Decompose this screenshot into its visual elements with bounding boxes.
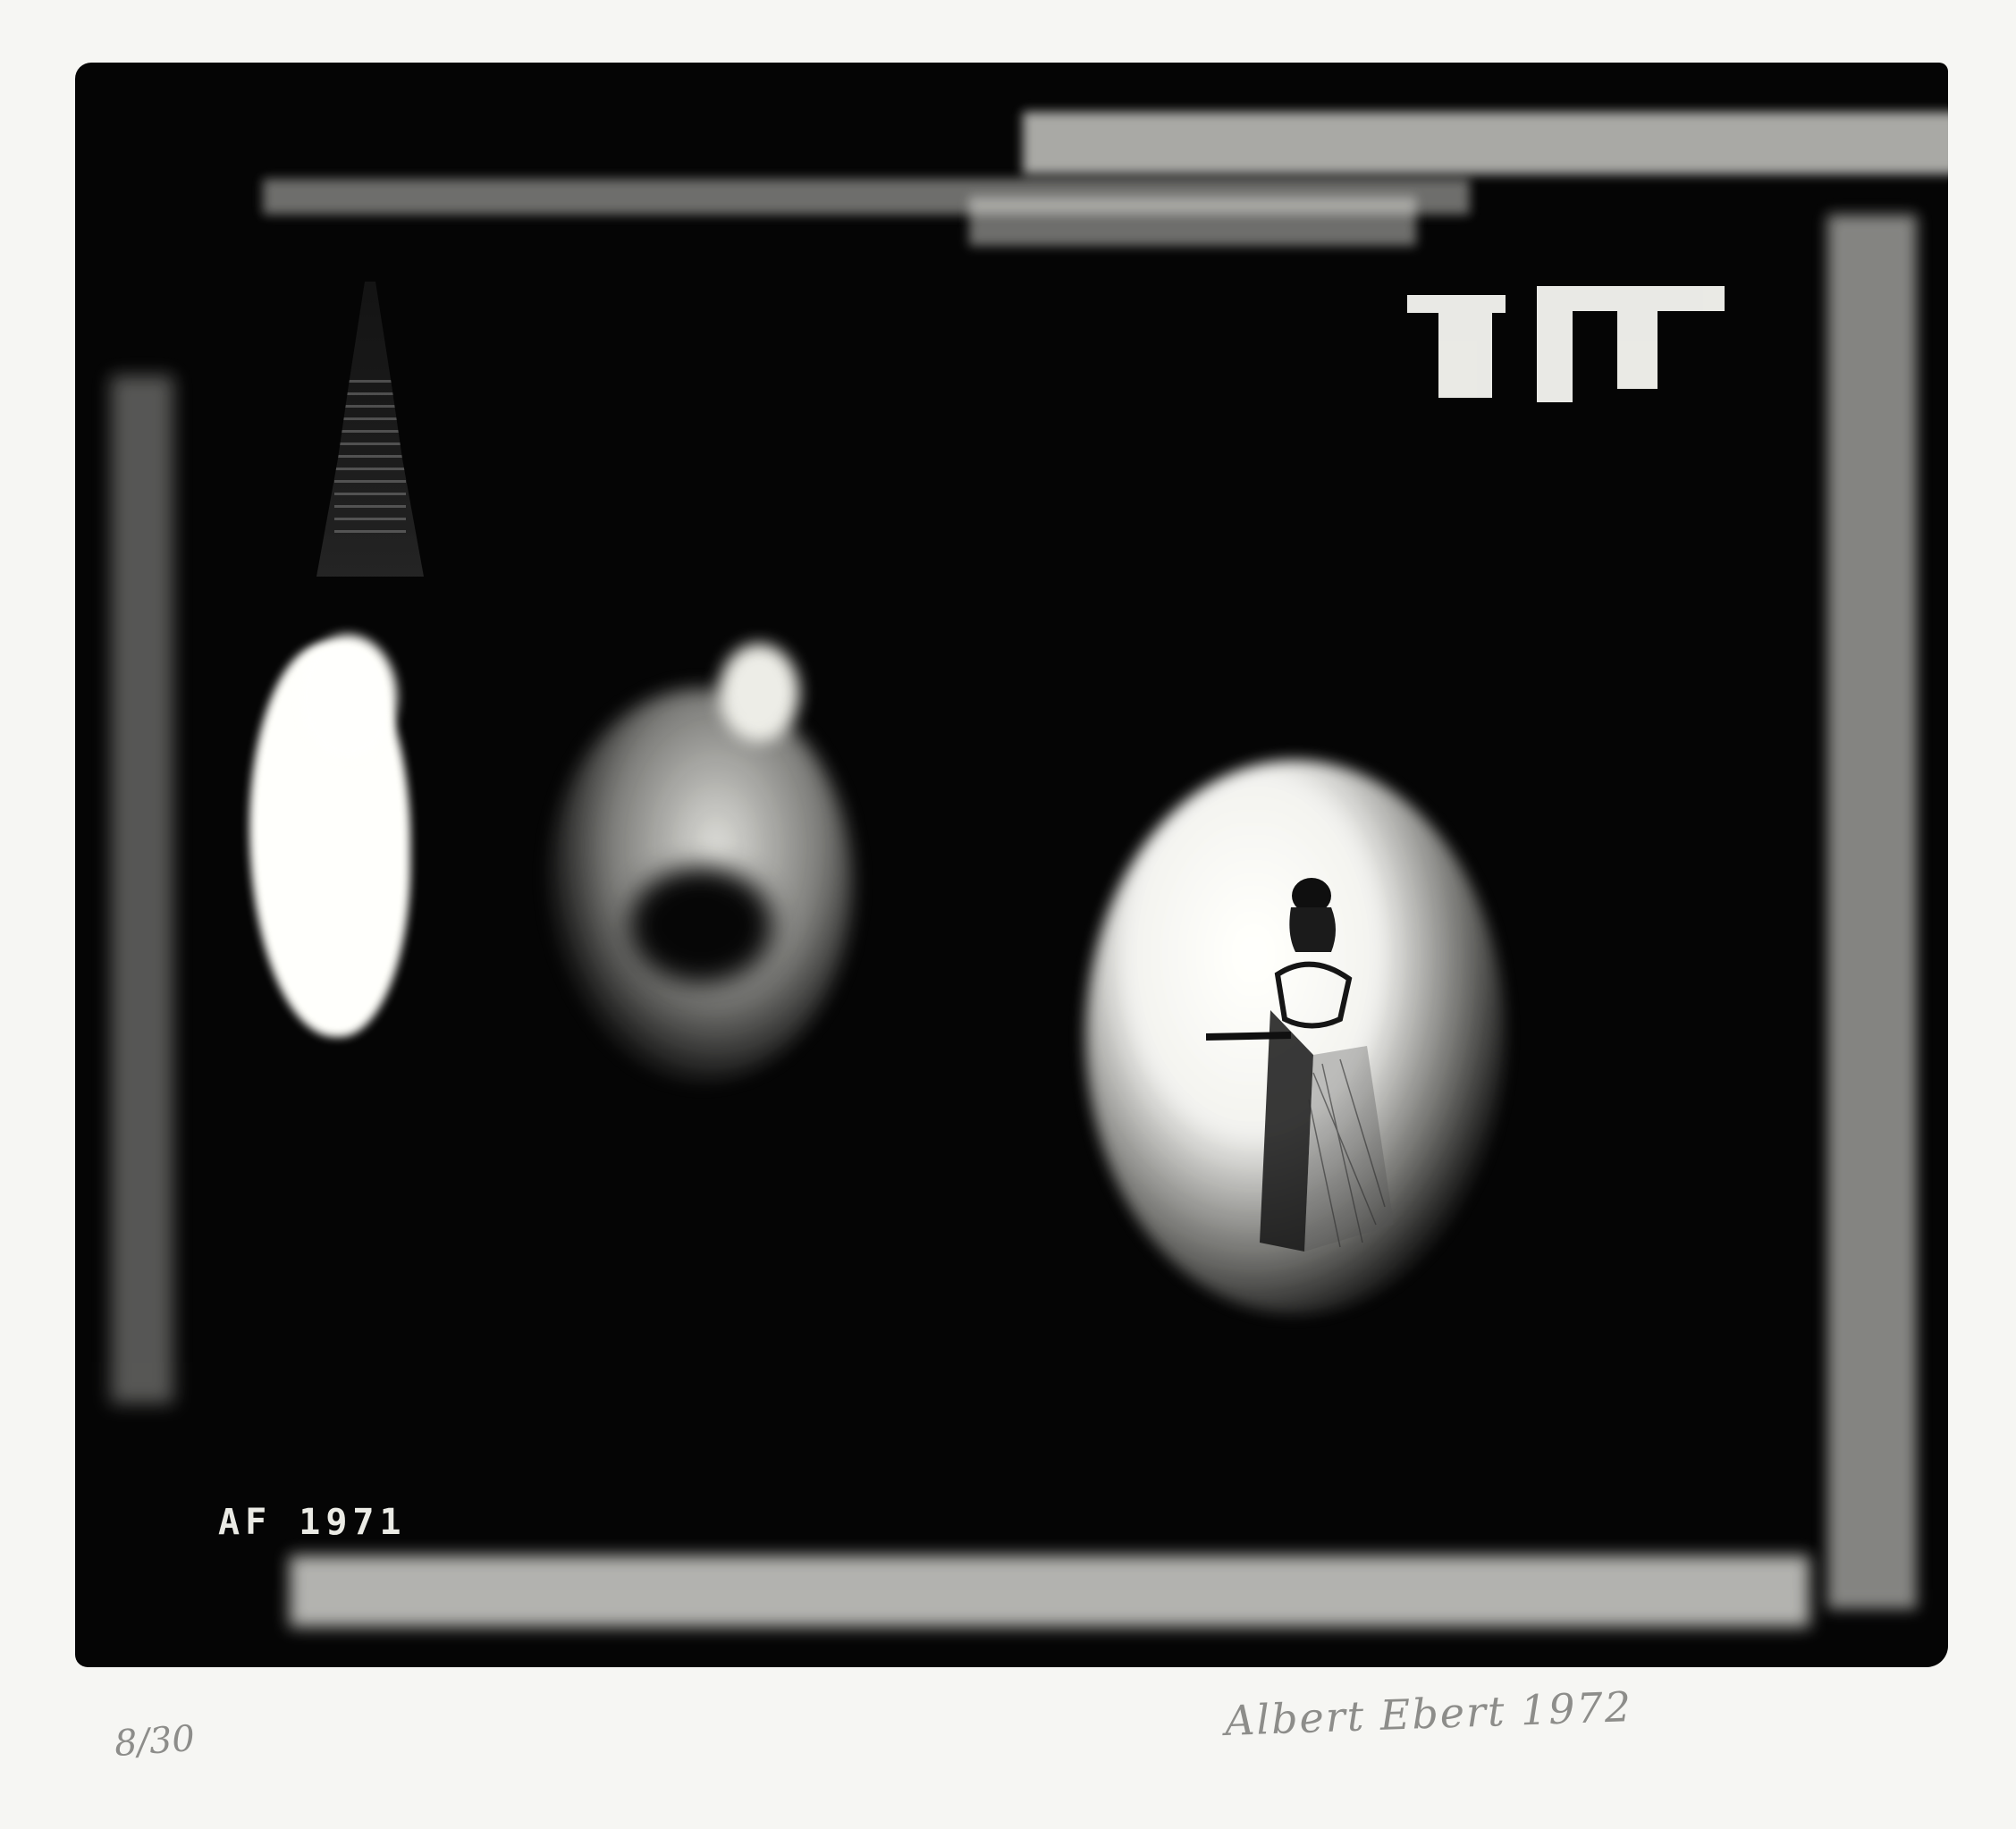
right-edge-scumble	[1827, 215, 1917, 1609]
artist-signature: Albert Ebert 1972	[1224, 1682, 1633, 1745]
middle-figure-head	[719, 644, 799, 742]
top-right-light-band	[1023, 112, 1948, 174]
edition-number: 8/30	[114, 1718, 197, 1765]
middle-dark-shape	[629, 867, 772, 983]
lady-in-gown	[1206, 867, 1412, 1260]
stage-floor-band	[290, 1555, 1809, 1627]
top-middle-light-band	[969, 197, 1416, 246]
arch-silhouettes	[1407, 277, 1747, 402]
tower-spire	[316, 282, 424, 577]
signature-year: 1972	[1520, 1682, 1633, 1734]
lithograph-image: AF 1971	[75, 63, 1948, 1667]
left-edge-scumble	[111, 375, 173, 1403]
signature-name: Albert Ebert	[1224, 1687, 1506, 1745]
figure-head	[299, 635, 397, 760]
plate-inscription: AF 1971	[218, 1502, 407, 1543]
paper-sheet: AF 1971 8/30 Albert Ebert 1972	[0, 0, 2016, 1829]
